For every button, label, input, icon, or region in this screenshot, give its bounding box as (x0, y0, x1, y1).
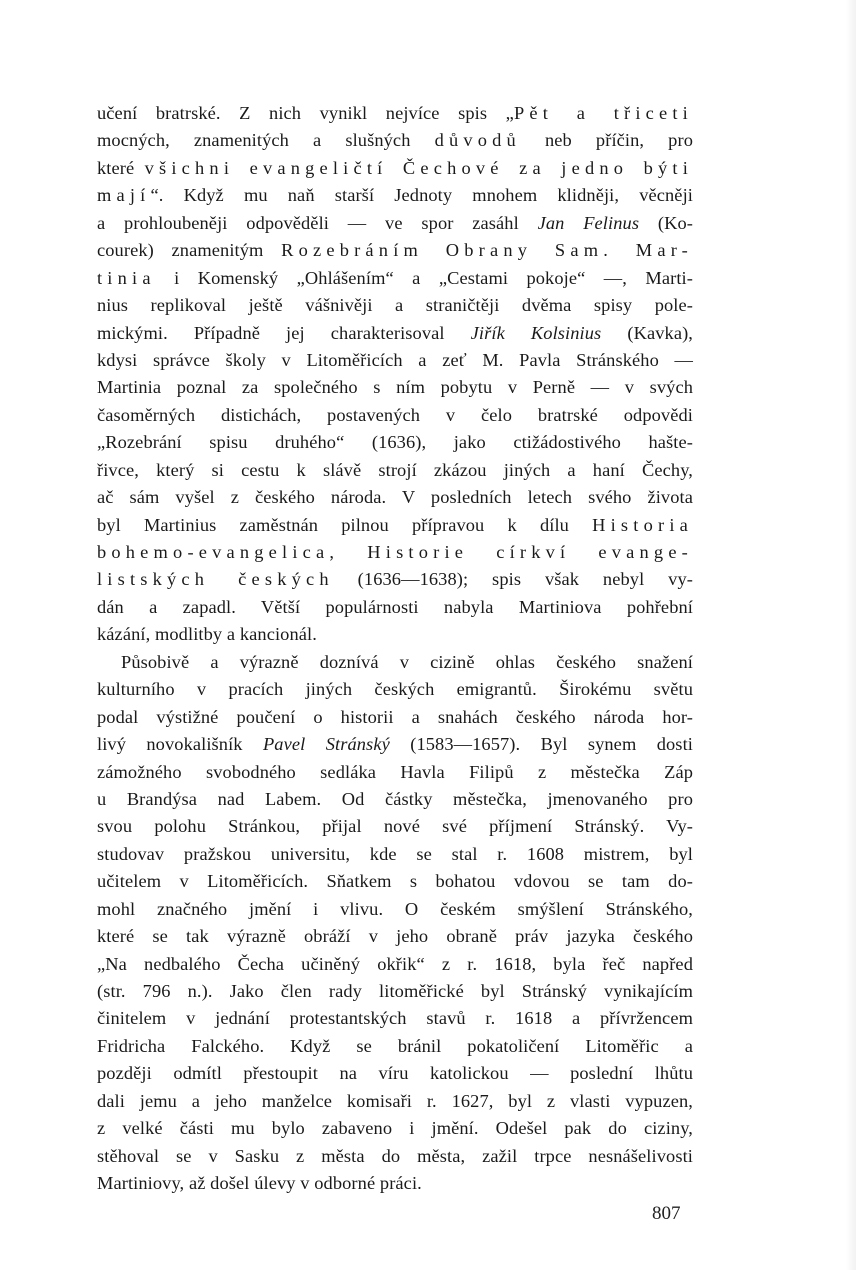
text-line: mají“. Když mu naň starší Jednoty mnohem… (97, 182, 693, 209)
text-run: (1636—1638); spis však nebyl vy- (334, 569, 693, 589)
text-run: které se tak výrazně obráží v jeho obran… (97, 926, 693, 946)
text-run: studovav pražskou universitu, kde se sta… (97, 844, 693, 864)
text-line: kulturního v pracích jiných českých emig… (97, 676, 693, 703)
text-line: časoměrných distichách, postavených v če… (97, 402, 693, 429)
text-run: řivce, který si cestu k slávě strojí zká… (97, 460, 693, 480)
text-run: i Komenský „Ohlášením“ a „Cestami pokoje… (156, 268, 693, 288)
text-run: činitelem v jednání protestantských stav… (97, 1008, 693, 1028)
text-line: řivce, který si cestu k slávě strojí zká… (97, 457, 693, 484)
spaced-title: důvodů (435, 130, 521, 150)
page-number: 807 (652, 1203, 681, 1225)
text-run: kdysi správce školy v Litoměřicích a zeť… (97, 350, 693, 370)
text-run: kázání, modlitby a kancionál. (97, 624, 317, 644)
text-run: které (97, 158, 145, 178)
text-line: livý novokališník Pavel Stránský (1583—1… (97, 731, 693, 758)
text-line: činitelem v jednání protestantských stav… (97, 1005, 693, 1032)
text-line: zámožného svobodného sedláka Havla Filip… (97, 759, 693, 786)
spaced-title: listských českých (97, 569, 334, 589)
text-line: byl Martinius zaměstnán pilnou přípravou… (97, 512, 693, 539)
text-line: z velké části mu bylo zabaveno i jmění. … (97, 1115, 693, 1142)
text-line: kdysi správce školy v Litoměřicích a zeť… (97, 347, 693, 374)
text-line: courek) znamenitým Rozebráním Obrany Sam… (97, 237, 693, 264)
text-run: „Rozebrání spisu druhého“ (1636), jako c… (97, 432, 693, 452)
text-run: courek) znamenitým (97, 240, 281, 260)
text-line: Martinia poznal za společného s ním poby… (97, 374, 693, 401)
text-line: které se tak výrazně obráží v jeho obran… (97, 923, 693, 950)
text-line: tinia i Komenský „Ohlášením“ a „Cestami … (97, 265, 693, 292)
text-line: mocných, znamenitých a slušných důvodů n… (97, 127, 693, 154)
text-run: zámožného svobodného sedláka Havla Filip… (97, 762, 693, 782)
text-line: které všichni evangeličtí Čechové za jed… (97, 155, 693, 182)
text-run: kulturního v pracích jiných českých emig… (97, 679, 693, 699)
text-run: “. Když mu naň starší Jednoty mnohem kli… (151, 185, 694, 205)
text-line: studovav pražskou universitu, kde se sta… (97, 841, 693, 868)
text-line: Působivě a výrazně doznívá v cizině ohla… (97, 649, 693, 676)
text-run: Martinia poznal za společného s ním poby… (97, 377, 693, 397)
text-run: Martiniovy, až došel úlevy v odborné prá… (97, 1173, 422, 1193)
text-run: učitelem v Litoměřicích. Sňatkem s bohat… (97, 871, 693, 891)
text-line: dali jemu a jeho manželce komisaři r. 16… (97, 1088, 693, 1115)
text-run: z velké části mu bylo zabaveno i jmění. … (97, 1118, 693, 1138)
text-line: Fridricha Falckého. Když se bránil pokat… (97, 1033, 693, 1060)
text-line: mohl značného jmění i vlivu. O českém sm… (97, 896, 693, 923)
text-line: později odmítl přestoupit na víru katoli… (97, 1060, 693, 1087)
spaced-title: mají (97, 185, 151, 205)
text-line: Martiniovy, až došel úlevy v odborné prá… (97, 1170, 693, 1197)
text-run: u Brandýsa nad Labem. Od částky městečka… (97, 789, 693, 809)
spaced-title: Pět a třiceti (514, 103, 693, 123)
italic-name: Pavel Stránský (263, 734, 390, 754)
italic-name: Jan Felinus (538, 213, 640, 233)
text-run: dali jemu a jeho manželce komisaři r. 16… (97, 1091, 693, 1111)
text-run: učení bratrské. Z nich vynikl nejvíce sp… (97, 103, 514, 123)
text-line: svou polohu Stránkou, přijal nové své př… (97, 813, 693, 840)
text-run: Působivě a výrazně doznívá v cizině ohla… (121, 652, 693, 672)
text-line: nius replikoval ještě vášnivěji a strani… (97, 292, 693, 319)
spaced-title: tinia (97, 268, 156, 288)
text-line: bohemo-evangelica, Historie církví evang… (97, 539, 693, 566)
text-run: mocných, znamenitých a slušných (97, 130, 435, 150)
text-run: Fridricha Falckého. Když se bránil pokat… (97, 1036, 693, 1056)
text-run: podal výstižné poučení o historii a snah… (97, 707, 693, 727)
paragraph: učení bratrské. Z nich vynikl nejvíce sp… (97, 100, 693, 649)
text-run: „Na nedbalého Čecha učiněný okřik“ z r. … (97, 954, 693, 974)
text-run: časoměrných distichách, postavených v če… (97, 405, 693, 425)
text-run: ač sám vyšel z českého národa. V posledn… (97, 487, 693, 507)
text-run: (Kavka), (601, 323, 693, 343)
text-line: učitelem v Litoměřicích. Sňatkem s bohat… (97, 868, 693, 895)
text-line: u Brandýsa nad Labem. Od částky městečka… (97, 786, 693, 813)
text-line: (str. 796 n.). Jako člen rady litoměřick… (97, 978, 693, 1005)
text-run: svou polohu Stránkou, přijal nové své př… (97, 816, 693, 836)
text-run: (Ko- (639, 213, 693, 233)
text-line: učení bratrské. Z nich vynikl nejvíce sp… (97, 100, 693, 127)
text-run: (str. 796 n.). Jako člen rady litoměřick… (97, 981, 693, 1001)
spaced-title: Historia (592, 515, 693, 535)
text-run: mickými. Případně jej charakterisoval (97, 323, 471, 343)
text-run: byl Martinius zaměstnán pilnou přípravou… (97, 515, 592, 535)
text-line: a prohloubeněji odpověděli — ve spor zas… (97, 210, 693, 237)
text-line: ač sám vyšel z českého národa. V posledn… (97, 484, 693, 511)
text-run: neb příčin, pro (521, 130, 693, 150)
italic-name: Jiřík Kolsinius (471, 323, 602, 343)
body-text: učení bratrské. Z nich vynikl nejvíce sp… (97, 100, 693, 1198)
paragraph: Působivě a výrazně doznívá v cizině ohla… (97, 649, 693, 1198)
text-run: stěhoval se v Sasku z města do města, za… (97, 1146, 693, 1166)
spaced-title: Rozebráním Obrany Sam. Mar- (281, 240, 693, 260)
text-run: mohl značného jmění i vlivu. O českém sm… (97, 899, 693, 919)
text-run: (1583—1657). Byl synem dosti (390, 734, 693, 754)
book-page: učení bratrské. Z nich vynikl nejvíce sp… (0, 0, 856, 1270)
spaced-title: bohemo-evangelica, Historie církví evang… (97, 542, 693, 562)
text-run: nius replikoval ještě vášnivěji a strani… (97, 295, 693, 315)
text-line: dán a zapadl. Větší populárnosti nabyla … (97, 594, 693, 621)
text-line: podal výstižné poučení o historii a snah… (97, 704, 693, 731)
text-run: dán a zapadl. Větší populárnosti nabyla … (97, 597, 693, 617)
text-run: a prohloubeněji odpověděli — ve spor zas… (97, 213, 538, 233)
text-line: „Rozebrání spisu druhého“ (1636), jako c… (97, 429, 693, 456)
spaced-title: všichni evangeličtí Čechové za jedno být… (145, 158, 693, 178)
text-line: kázání, modlitby a kancionál. (97, 621, 693, 648)
text-line: stěhoval se v Sasku z města do města, za… (97, 1143, 693, 1170)
text-line: listských českých (1636—1638); spis však… (97, 566, 693, 593)
text-run: livý novokališník (97, 734, 263, 754)
page-edge-shadow (846, 0, 856, 1270)
text-line: mickými. Případně jej charakterisoval Ji… (97, 320, 693, 347)
text-line: „Na nedbalého Čecha učiněný okřik“ z r. … (97, 951, 693, 978)
text-run: později odmítl přestoupit na víru katoli… (97, 1063, 693, 1083)
